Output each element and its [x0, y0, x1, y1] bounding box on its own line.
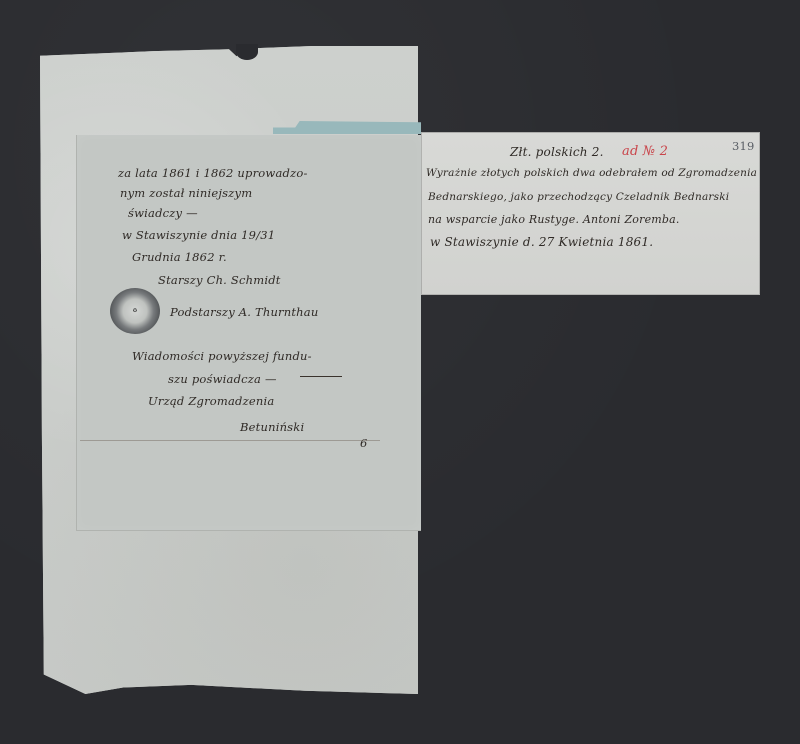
signature-deputy: Podstarszy A. Thurnthau	[170, 305, 318, 319]
page-mark: 6	[360, 436, 368, 450]
text-line: za lata 1861 i 1862 uprowadzo-	[118, 166, 308, 180]
wax-seal: ✪	[110, 288, 160, 334]
fold-line	[80, 440, 380, 441]
text-line: Wiadomości powyższej fundu-	[132, 349, 312, 363]
text-line: nym został niniejszym	[120, 186, 252, 200]
office-signature-name: Betuniński	[240, 420, 304, 434]
slip-line: Wyrażnie złotych polskich dwa odebrałem …	[426, 167, 757, 179]
text-line: Grudnia 1862 r.	[132, 250, 227, 264]
office-signature: Urząd Zgromadzenia	[148, 394, 274, 408]
pencil-folio-number: 319	[732, 139, 755, 153]
slip-line: Bednarskiego, jako przechodzący Czeladni…	[428, 191, 729, 203]
slip-line: na wsparcie jako Rustyge. Antoni Zoremba…	[428, 213, 680, 226]
red-annotation: ad № 2	[622, 144, 668, 159]
text-line: szu poświadcza —	[168, 372, 277, 386]
text-line: świadczy —	[128, 206, 198, 220]
slip-header: Złt. polskich 2.	[510, 145, 604, 159]
seal-icon: ✪	[110, 288, 160, 334]
dash-rule	[300, 376, 342, 377]
slip-date-line: w Stawiszynie d. 27 Kwietnia 1861.	[430, 235, 653, 249]
receipt-slip: Złt. polskich 2. ad № 2 319 Wyrażnie zło…	[421, 132, 760, 295]
text-line: w Stawiszynie dnia 19/31	[122, 228, 275, 242]
signature-elder: Starszy Ch. Schmidt	[158, 273, 281, 287]
paper-tear	[236, 44, 258, 60]
